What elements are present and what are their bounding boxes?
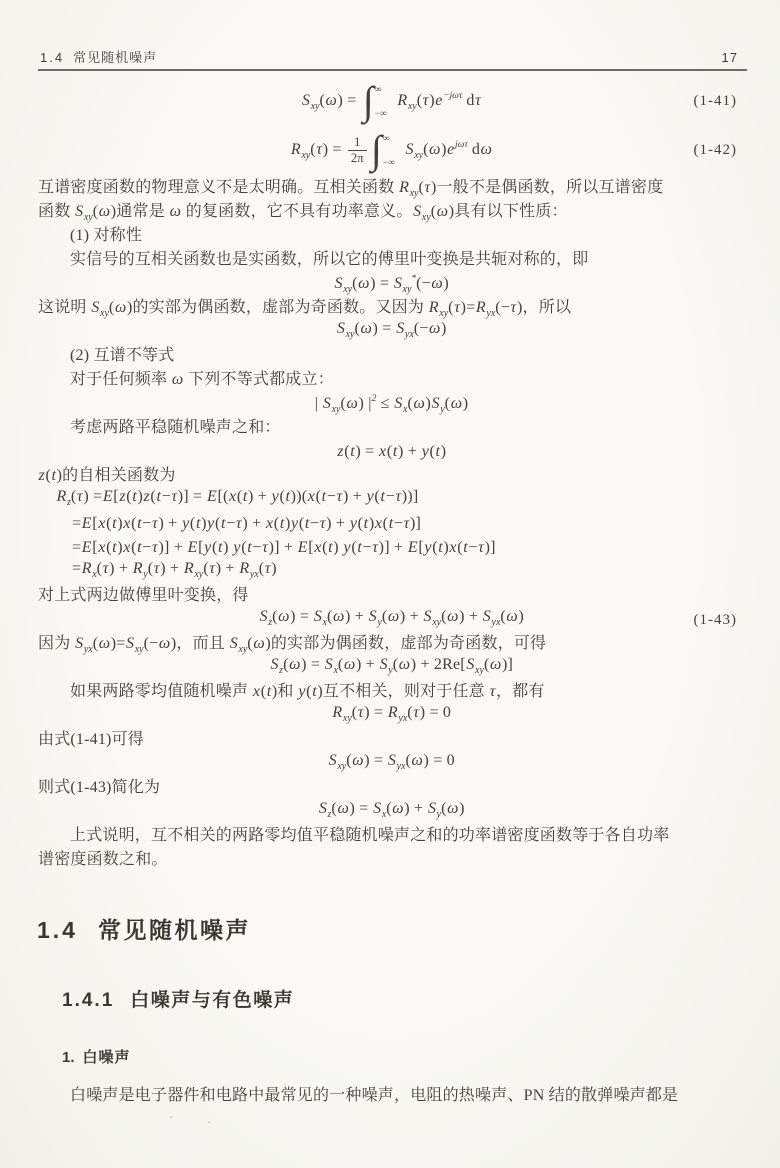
section-number: 1.4 <box>37 917 78 944</box>
text-line: 上式说明，互不相关的两路零均值平稳随机噪声之和的功率谱密度函数等于各自功率 <box>38 824 745 848</box>
integral-sign: ∫∞−∞ <box>371 124 402 177</box>
body-content: Sxy(ω) = ∫∞−∞Rxy(τ)e−jωτ dτ(1-41)Rxy(τ) … <box>38 78 745 872</box>
equation-line: Sz(ω) = Sx(ω) + Sy(ω) <box>38 800 745 824</box>
subsection-number: 1.4.1 <box>62 990 114 1012</box>
page-header: 1.4常见随机噪声 17 <box>40 47 738 66</box>
equation-line: Sz(ω) = Sx(ω) + Sy(ω) + Sxy(ω) + Syx(ω)(… <box>38 608 745 632</box>
subsection-heading-1-4-1: 1.4.1 白噪声与有色噪声 <box>62 985 294 1012</box>
running-head-section-number: 1.4 <box>40 50 64 65</box>
text-line: 函数 Sxy(ω)通常是 ω 的复函数，它不具有功率意义。Sxy(ω)具有以下性… <box>38 200 745 224</box>
equation-line: Sxy(ω) = Sxy*(−ω) <box>38 272 745 296</box>
text-line: 考虑两路平稳随机噪声之和： <box>38 416 745 440</box>
fraction: 12π <box>348 135 367 165</box>
equation-line: Sz(ω) = Sx(ω) + Sy(ω) + 2Re[Sxy(ω)] <box>38 656 745 680</box>
text-line: (2) 互谱不等式 <box>38 344 745 368</box>
equation-line: =Rx(τ) + Ry(τ) + Rxy(τ) + Ryx(τ) <box>38 560 745 584</box>
scan-speck <box>170 1116 173 1118</box>
text-line: 谱密度函数之和。 <box>38 848 745 872</box>
equation-number: (1-42) <box>694 138 738 162</box>
equation-line: =E[x(t)x(t−τ) + y(t)y(t−τ) + x(t)y(t−τ) … <box>38 512 745 536</box>
subsection-title: 白噪声与有色噪声 <box>130 985 294 1012</box>
page-number: 17 <box>722 50 738 65</box>
equation-number: (1-43) <box>694 608 738 632</box>
text-line: 互谱密度函数的物理意义不是太明确。互相关函数 Rxy(τ)一般不是偶函数，所以互… <box>38 176 745 200</box>
running-head-title: 常见随机噪声 <box>73 50 157 65</box>
scan-speck <box>208 1121 211 1123</box>
clause-title: 白噪声 <box>83 1046 131 1067</box>
section-heading-1-4: 1.4 常见随机噪声 <box>37 912 251 945</box>
equation-line: Sxy(ω) = Syx(ω) = 0 <box>38 752 745 776</box>
scanned-page: 1.4常见随机噪声 17 Sxy(ω) = ∫∞−∞Rxy(τ)e−jωτ dτ… <box>0 0 780 1168</box>
paragraph-white-noise-intro: 白噪声是电子器件和电路中最常见的一种噪声，电阻的热噪声、PN 结的散弹噪声都是 <box>38 1084 745 1108</box>
equation-line: Sxy(ω) = Syx(−ω) <box>38 320 745 344</box>
equation-number: (1-41) <box>694 89 738 113</box>
header-rule <box>38 69 747 71</box>
clause-heading-white-noise: 1. 白噪声 <box>62 1046 131 1067</box>
equation-line: Rxy(τ) = Ryx(τ) = 0 <box>38 704 745 728</box>
text-line: (1) 对称性 <box>38 224 745 248</box>
equation-line: Rz(τ) =E[z(t)z(t−τ)] = E[(x(t) + y(t))(x… <box>38 488 745 512</box>
equation-line: | Sxy(ω) |2 ≤ Sx(ω)Sy(ω) <box>38 392 745 416</box>
clause-number: 1. <box>62 1049 75 1066</box>
equation-line: Sxy(ω) = ∫∞−∞Rxy(τ)e−jωτ dτ(1-41) <box>38 78 745 124</box>
integral-sign: ∫∞−∞ <box>363 75 394 128</box>
running-head: 1.4常见随机噪声 <box>40 47 157 66</box>
section-title: 常见随机噪声 <box>98 912 251 945</box>
equation-line: Rxy(τ) = 12π∫∞−∞Sxy(ω)ejωτ dω(1-42) <box>38 124 745 176</box>
equation-line: z(t) = x(t) + y(t) <box>38 440 745 464</box>
